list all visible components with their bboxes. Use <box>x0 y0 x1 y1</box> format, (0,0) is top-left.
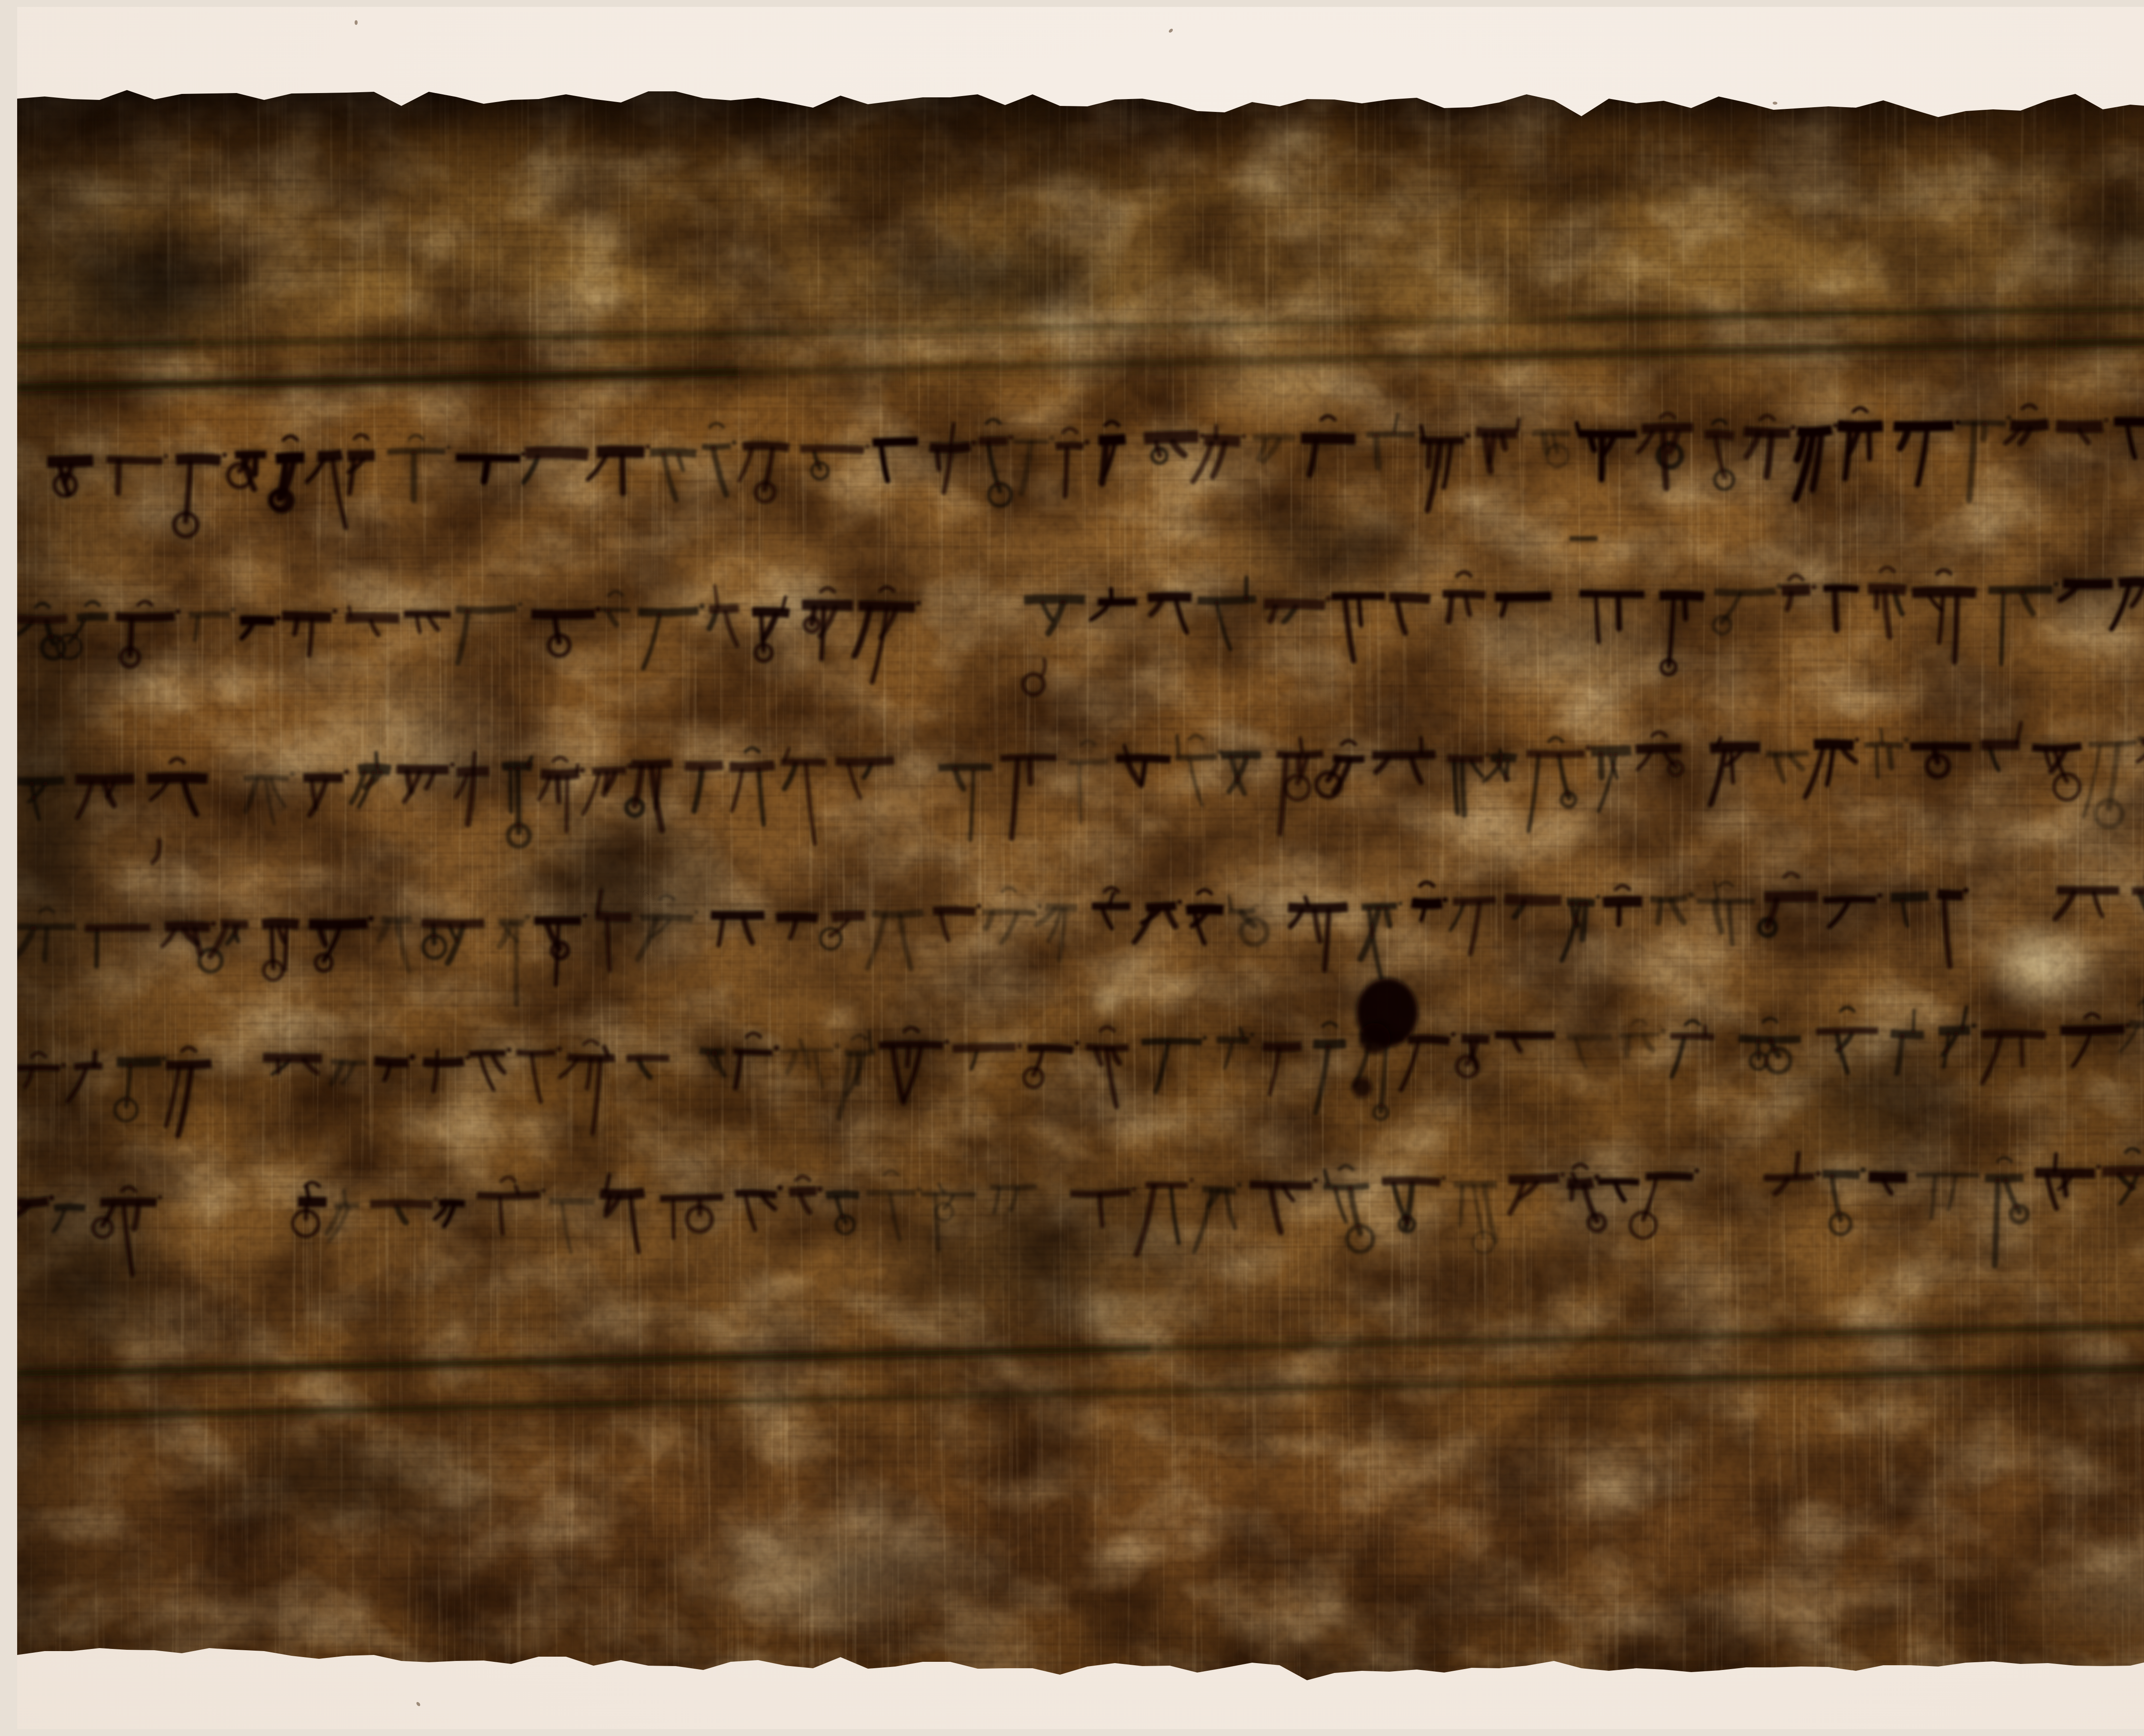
dust-speck <box>355 20 358 25</box>
text-line-2 <box>17 558 2144 682</box>
stray-loop-mark <box>1023 674 1044 695</box>
text-line-1-bleed <box>47 394 2144 536</box>
ink-blot-satellite <box>1352 1077 1372 1098</box>
ruled-guide-lines <box>17 300 2144 1418</box>
stray-loop-tail <box>1041 658 1045 677</box>
handwriting-layer <box>17 7 2144 1729</box>
text-line-2-bleed <box>17 558 2144 682</box>
text-line-5 <box>17 998 2144 1136</box>
text-line-5-bleed <box>17 998 2144 1136</box>
script-text-lines <box>17 394 2144 1275</box>
text-line-1 <box>47 394 2144 536</box>
text-line-4 <box>17 863 2144 1004</box>
manuscript-photo: Backlit photograph of a single long leaf… <box>17 7 2144 1729</box>
stray-hook-mark <box>151 839 160 864</box>
text-line-3 <box>17 719 2144 847</box>
ink-blot-tail <box>1359 1023 1390 1054</box>
text-line-6 <box>17 1142 2144 1275</box>
ruled-line <box>17 343 198 347</box>
